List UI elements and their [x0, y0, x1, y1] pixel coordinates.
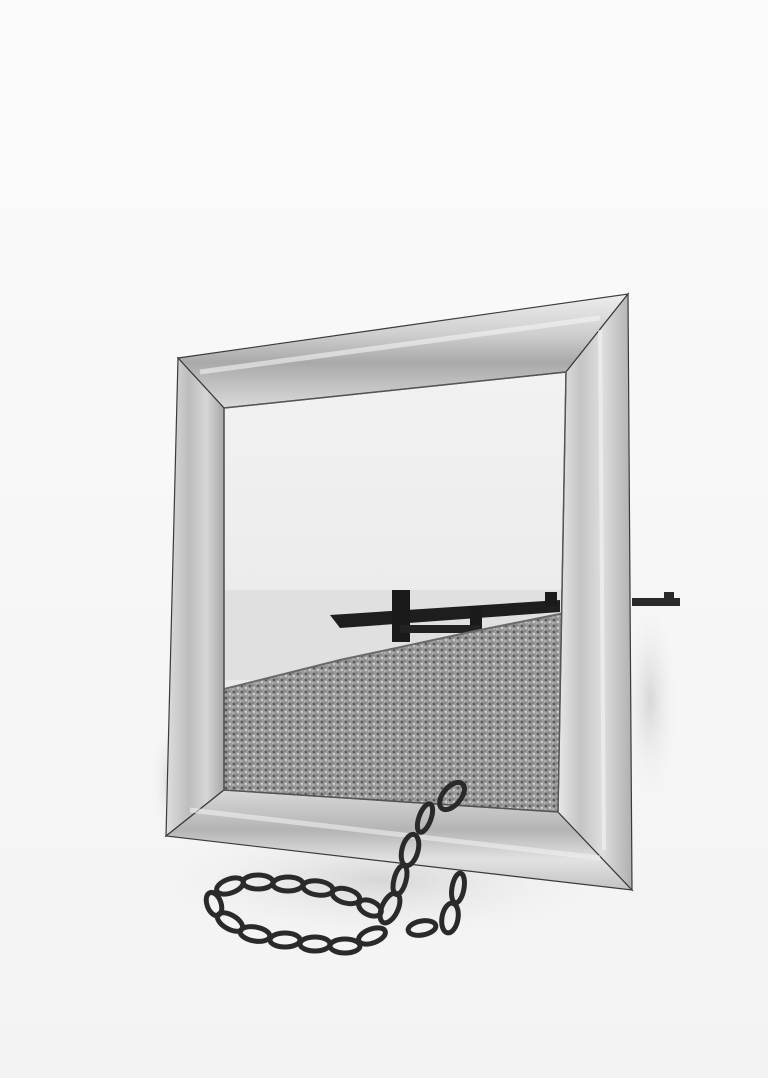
artwork-canvas	[0, 0, 768, 1078]
beach-photo	[220, 360, 580, 820]
